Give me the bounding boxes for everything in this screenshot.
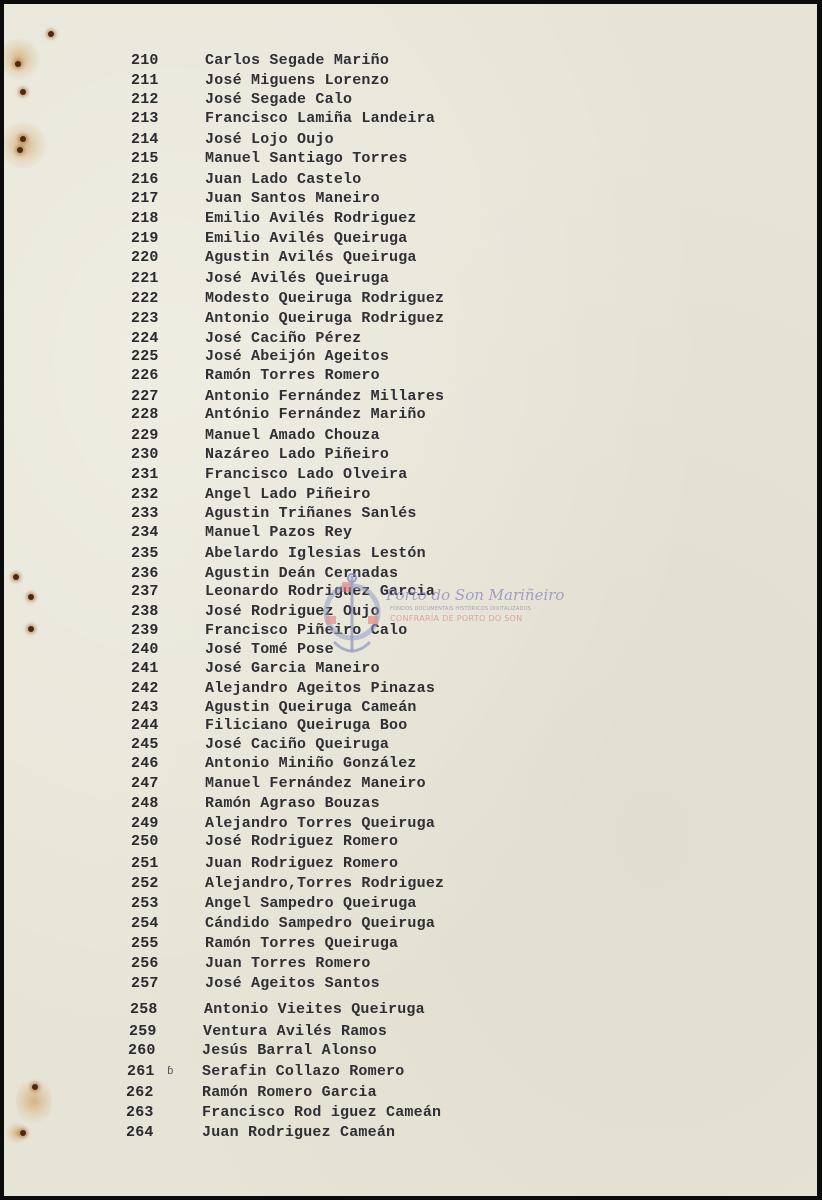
entry-name: José Ageitos Santos	[205, 975, 380, 992]
entry-number: 255	[131, 935, 171, 952]
entry-number: 214	[131, 131, 171, 148]
entry-number: 227	[131, 388, 171, 405]
entry-name: Emilio Avilés Rodriguez	[205, 210, 417, 227]
entry-name: Antonio Fernández Millares	[205, 388, 444, 405]
entry-number: 239	[131, 622, 171, 639]
entry-name: Juan Torres Romero	[205, 955, 371, 972]
punch-hole	[15, 61, 21, 67]
entry-number: 238	[131, 603, 171, 620]
entry-number: 257	[131, 975, 171, 992]
entry-name: Antonio Vieites Queiruga	[204, 1001, 425, 1018]
entry-number: 229	[131, 427, 171, 444]
entry-name: Manuel Fernández Maneiro	[205, 775, 426, 792]
entry-number: 249	[131, 815, 171, 832]
entry-number: 210	[131, 52, 171, 69]
entry-name: Agustin Triñanes Sanlés	[205, 505, 417, 522]
entry-number: 232	[131, 486, 171, 503]
entry-number: 246	[131, 755, 171, 772]
entry-number: 230	[131, 446, 171, 463]
entry-number: 237	[131, 583, 171, 600]
entry-name: Juan Lado Castelo	[205, 171, 361, 188]
entry-number: 252	[131, 875, 171, 892]
entry-name: Manuel Amado Chouza	[205, 427, 380, 444]
entry-name: Alejandro Ageitos Pinazas	[205, 680, 435, 697]
entry-name: José Abeijón Ageitos	[205, 348, 389, 365]
entry-number: 244	[131, 717, 171, 734]
entry-number: 251	[131, 855, 171, 872]
entry-name: Cándido Sampedro Queiruga	[205, 915, 435, 932]
entry-name: Francisco Lamiña Landeira	[205, 110, 435, 127]
entry-name: José Segade Calo	[205, 91, 352, 108]
entry-name: Nazáreo Lado Piñeiro	[205, 446, 389, 463]
entry-name: Angel Lado Piñeiro	[205, 486, 371, 503]
punch-hole	[28, 626, 34, 632]
entry-number: 217	[131, 190, 171, 207]
entry-name: Francisco Lado Olveira	[205, 466, 407, 483]
entry-name: Filiciano Queiruga Boo	[205, 717, 407, 734]
entry-number: 256	[131, 955, 171, 972]
entry-name: Manuel Pazos Rey	[205, 524, 352, 541]
entry-name: Manuel Santiago Torres	[205, 150, 407, 167]
entry-number: 211	[131, 72, 171, 89]
punch-hole	[28, 594, 34, 600]
entry-number: 240	[131, 641, 171, 658]
entry-number: 254	[131, 915, 171, 932]
entry-number: 236	[131, 565, 171, 582]
entry-number: 215	[131, 150, 171, 167]
entry-number: 218	[131, 210, 171, 227]
entry-number: 243	[131, 699, 171, 716]
entry-number: 253	[131, 895, 171, 912]
entry-number: 247	[131, 775, 171, 792]
entry-number: 248	[131, 795, 171, 812]
entry-name: José Miguens Lorenzo	[205, 72, 389, 89]
rust-stain	[4, 122, 48, 168]
entry-number: 245	[131, 736, 171, 753]
rust-stain	[4, 38, 40, 80]
entry-number: 221	[131, 270, 171, 287]
watermark-org: CONFRARÍA DE PORTO DO SON	[390, 614, 523, 623]
punch-hole	[20, 136, 26, 142]
entry-number: 212	[131, 91, 171, 108]
scanned-page: 210Carlos Segade Mariño211José Miguens L…	[4, 4, 817, 1196]
entry-name: Juan Rodriguez Romero	[205, 855, 398, 872]
entry-number: 262	[126, 1084, 166, 1101]
entry-number: 250	[131, 833, 171, 850]
entry-name: Alejandro Torres Queiruga	[205, 815, 435, 832]
entry-number: 226	[131, 367, 171, 384]
entry-name: José Avilés Queiruga	[205, 270, 389, 287]
entry-number: 223	[131, 310, 171, 327]
punch-hole	[48, 31, 54, 37]
entry-name: Serafin Collazo Romero	[202, 1063, 404, 1080]
entry-number: 219	[131, 230, 171, 247]
entry-name: Ventura Avilés Ramos	[203, 1023, 387, 1040]
entry-number: 213	[131, 110, 171, 127]
entry-name: Juan Santos Maneiro	[205, 190, 380, 207]
anchor-lifebuoy-icon	[320, 572, 384, 662]
entry-name: Agustin Queiruga Cameán	[205, 699, 417, 716]
entry-name: Alejandro,Torres Rodriguez	[205, 875, 444, 892]
entry-name: António Fernández Mariño	[205, 406, 426, 423]
entry-name: Ramón Torres Queiruga	[205, 935, 398, 952]
entry-number: 261	[127, 1063, 167, 1080]
entry-name: Antonio Queiruga Rodriguez	[205, 310, 444, 327]
margin-mark: ɓ	[167, 1066, 174, 1078]
entry-number: 220	[131, 249, 171, 266]
entry-number: 234	[131, 524, 171, 541]
entry-number: 263	[126, 1104, 166, 1121]
watermark: Porto do Son Mariñeiro FONDOS DOCUMENTAI…	[324, 572, 524, 662]
entry-name: José Rodriguez Romero	[205, 833, 398, 850]
entry-name: José Lojo Oujo	[205, 131, 334, 148]
punch-hole	[13, 574, 19, 580]
punch-hole	[20, 1130, 26, 1136]
entry-number: 260	[128, 1042, 168, 1059]
entry-name: Modesto Queiruga Rodriguez	[205, 290, 444, 307]
punch-hole	[17, 147, 23, 153]
entry-number: 228	[131, 406, 171, 423]
watermark-title: Porto do Son Mariñeiro	[386, 586, 564, 604]
entry-name: Emilio Avilés Queiruga	[205, 230, 407, 247]
entry-number: 258	[130, 1001, 170, 1018]
entry-name: Juan Rodriguez Cameán	[202, 1124, 395, 1141]
entry-number: 233	[131, 505, 171, 522]
punch-hole	[20, 89, 26, 95]
entry-number: 241	[131, 660, 171, 677]
entry-number: 264	[126, 1124, 166, 1141]
entry-name: Angel Sampedro Queiruga	[205, 895, 417, 912]
entry-name: Ramón Romero Garcia	[202, 1084, 377, 1101]
entry-name: Ramón Agraso Bouzas	[205, 795, 380, 812]
entry-number: 216	[131, 171, 171, 188]
entry-number: 222	[131, 290, 171, 307]
entry-name: Jesús Barral Alonso	[202, 1042, 377, 1059]
entry-number: 259	[129, 1023, 169, 1040]
entry-name: José Garcia Maneiro	[205, 660, 380, 677]
entry-name: Ramón Torres Romero	[205, 367, 380, 384]
entry-name: José Caciño Pérez	[205, 330, 361, 347]
entry-name: Carlos Segade Mariño	[205, 52, 389, 69]
entry-name: José Caciño Queiruga	[205, 736, 389, 753]
entry-number: 224	[131, 330, 171, 347]
entry-name: Agustin Avilés Queiruga	[205, 249, 417, 266]
entry-number: 231	[131, 466, 171, 483]
entry-number: 242	[131, 680, 171, 697]
punch-hole	[32, 1084, 38, 1090]
entry-name: José Tomé Pose	[205, 641, 334, 658]
entry-number: 235	[131, 545, 171, 562]
entry-name: Antonio Miniño González	[205, 755, 417, 772]
entry-name: Francisco Rod iguez Cameán	[202, 1104, 441, 1121]
entry-name: Abelardo Iglesias Lestón	[205, 545, 426, 562]
watermark-subtitle: FONDOS DOCUMENTAIS HISTÓRICOS DIXITALIZA…	[390, 606, 531, 612]
entry-number: 225	[131, 348, 171, 365]
